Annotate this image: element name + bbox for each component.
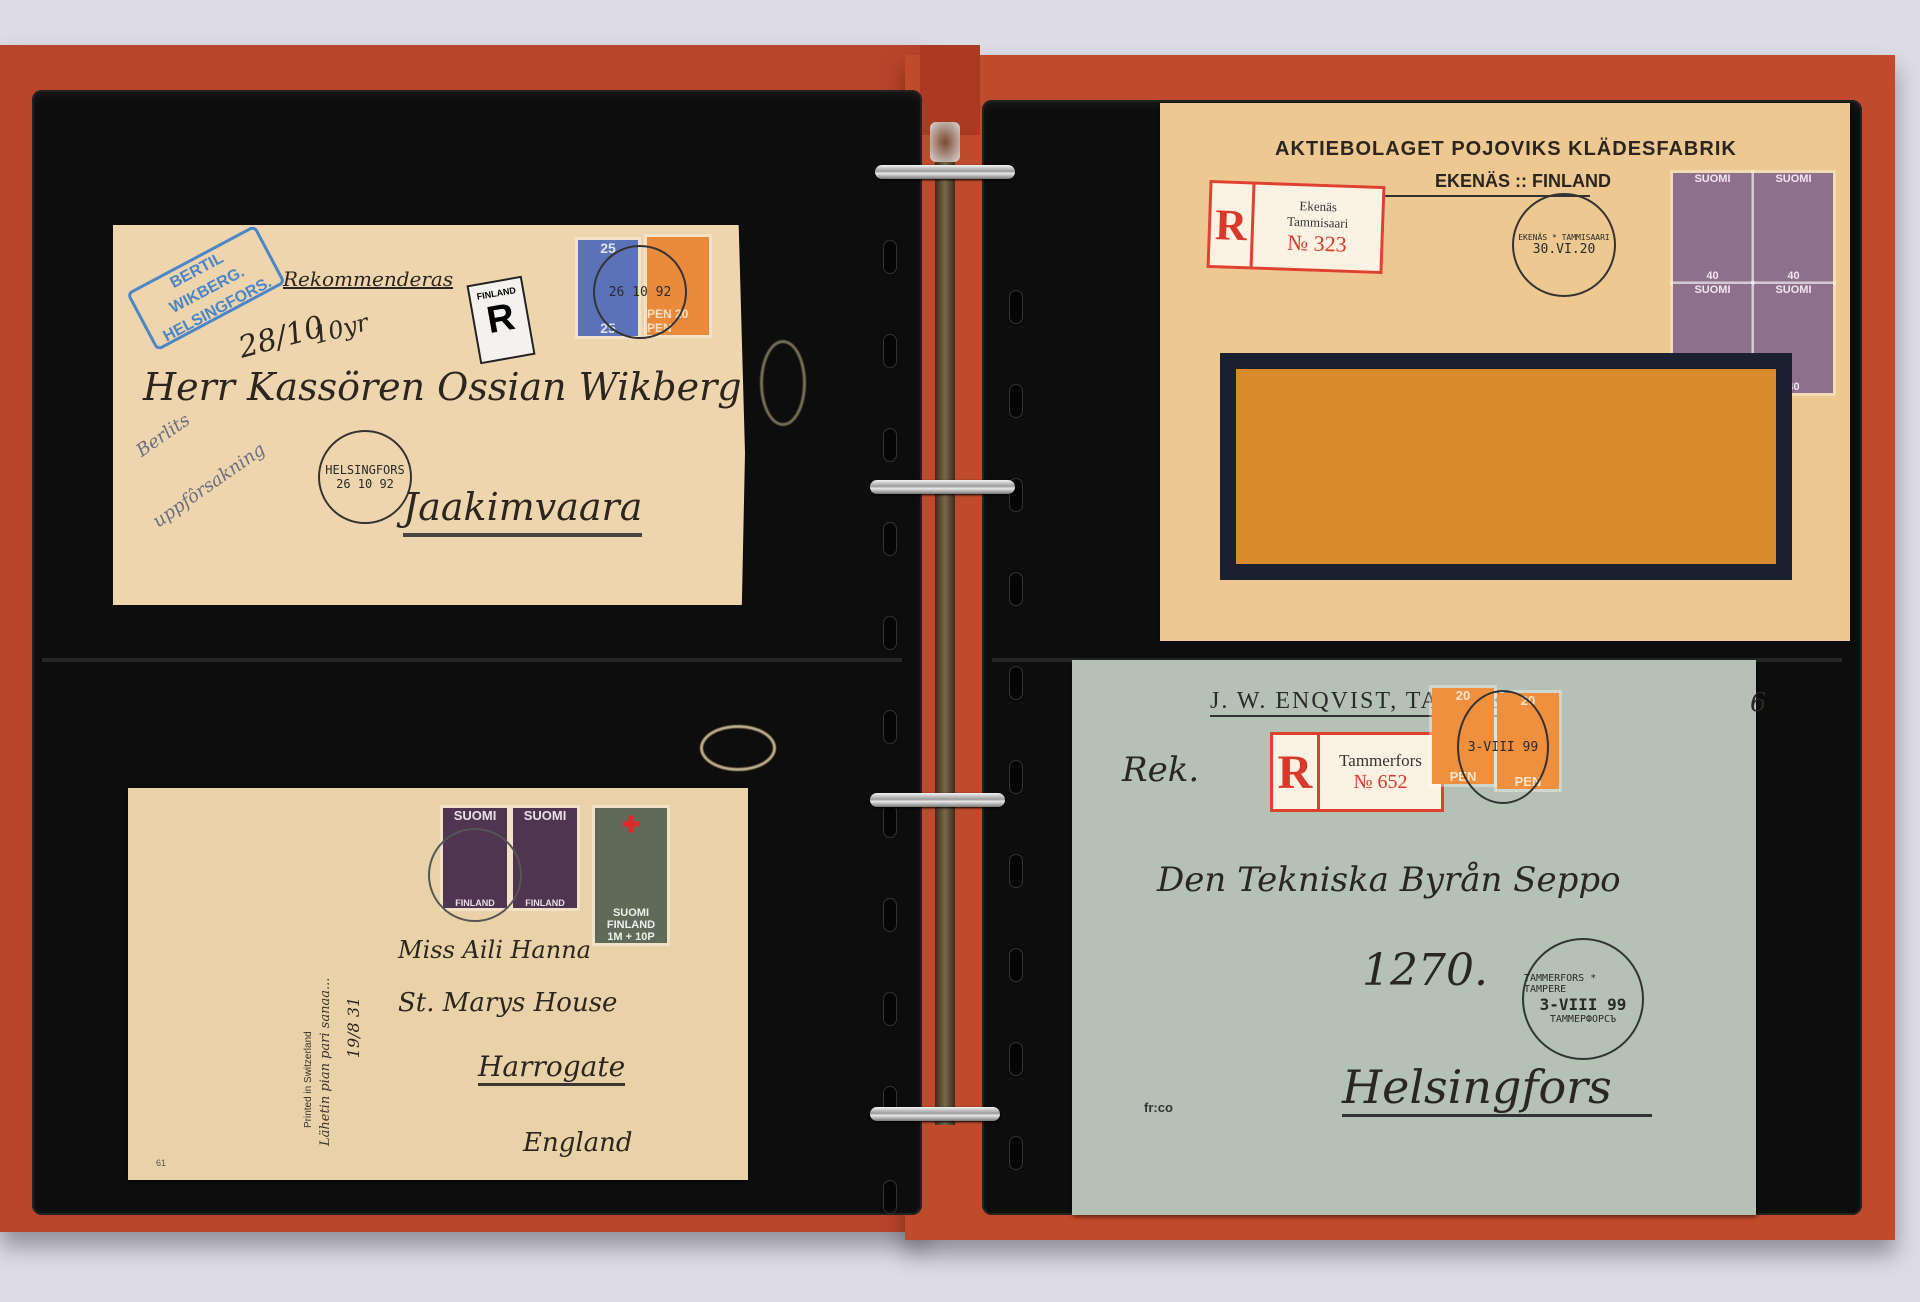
pocket-divider bbox=[42, 658, 902, 662]
address-line: St. Marys House bbox=[398, 988, 617, 1018]
binder-ring[interactable] bbox=[875, 165, 1015, 179]
address-line: Herr Kassören Ossian Wikberg bbox=[143, 365, 742, 409]
address-line: England bbox=[523, 1128, 633, 1158]
red-cross-church-stamp: ✚ SUOMIFINLAND1M + 10P bbox=[595, 808, 667, 943]
imprint: Printed in Switzerland bbox=[303, 918, 314, 1128]
postcard-harrogate[interactable]: SUOMIFINLAND SUOMIFINLAND ✚ SUOMIFINLAND… bbox=[128, 788, 748, 1180]
postmark-ekenas: EKENÄS * TAMMISAARI30.VI.20 bbox=[1512, 193, 1616, 297]
registration-note: Rek. bbox=[1122, 750, 1199, 790]
registration-note: Rekommenderas bbox=[283, 267, 453, 291]
company-location: EKENÄS :: FINLAND bbox=[1435, 171, 1611, 192]
registration-label: R Ekenäs Tammisaari № 323 bbox=[1207, 180, 1386, 274]
side-note: uppfôrsakning bbox=[149, 439, 269, 532]
binder-rod bbox=[935, 125, 955, 1125]
registration-label: R Tammerfors № 652 bbox=[1270, 732, 1444, 812]
side-note: Berlits bbox=[132, 410, 194, 462]
message-text: Lähetin pian pari sanaa... bbox=[318, 816, 438, 1146]
cover-ekenas-window-envelope[interactable]: AKTIEBOLAGET POJOVIKS KLÄDESFABRIK EKENÄ… bbox=[1160, 103, 1850, 641]
registration-label: FINLAND R bbox=[466, 276, 535, 365]
binder-ring[interactable] bbox=[870, 480, 1015, 494]
punch-holes bbox=[1006, 290, 1026, 1230]
purple-10-penni-stamp: SUOMIFINLAND bbox=[513, 808, 577, 908]
address-line: Harrogate bbox=[478, 1050, 625, 1086]
postmark: 3-VIII 99 bbox=[1457, 690, 1549, 804]
binder-screw bbox=[930, 122, 960, 162]
envelope-window bbox=[1220, 353, 1792, 580]
light-glare bbox=[700, 725, 776, 771]
postmark-tammerfors: TAMMERFORS * TAMPERE 3-VIII 99 ТАММЕРФОР… bbox=[1522, 938, 1644, 1060]
light-glare bbox=[760, 340, 806, 426]
binder-ring[interactable] bbox=[870, 793, 1005, 807]
postmark-helsingfors: HELSINGFORS26 10 92 bbox=[318, 430, 412, 524]
corner-mark: 6 bbox=[1750, 688, 1767, 718]
binder-ring[interactable] bbox=[870, 1107, 1000, 1121]
company-name: AKTIEBOLAGET POJOVIKS KLÄDESFABRIK bbox=[1275, 138, 1737, 161]
cover-helsingfors-registered[interactable]: BERTIL WIKBERG. HELSINGFORS. Rekommender… bbox=[113, 225, 745, 605]
address-line: Miss Aili Hanna bbox=[398, 936, 591, 964]
cover-tammerfors-registered[interactable]: J. W. ENQVIST, TAMMER 6 Rek. R Tammerfor… bbox=[1072, 660, 1756, 1215]
address-line: Jaakimvaara bbox=[403, 485, 642, 537]
postmark bbox=[428, 828, 522, 922]
address-line: Helsingfors bbox=[1342, 1060, 1652, 1117]
address-line: 1270. bbox=[1362, 945, 1488, 996]
card-number: 61 bbox=[156, 1158, 166, 1168]
postmark: 26 10 92 bbox=[593, 245, 687, 339]
franco-mark: fr:co bbox=[1144, 1100, 1173, 1115]
address-line: Den Tekniska Byrån Seppo bbox=[1157, 860, 1621, 900]
